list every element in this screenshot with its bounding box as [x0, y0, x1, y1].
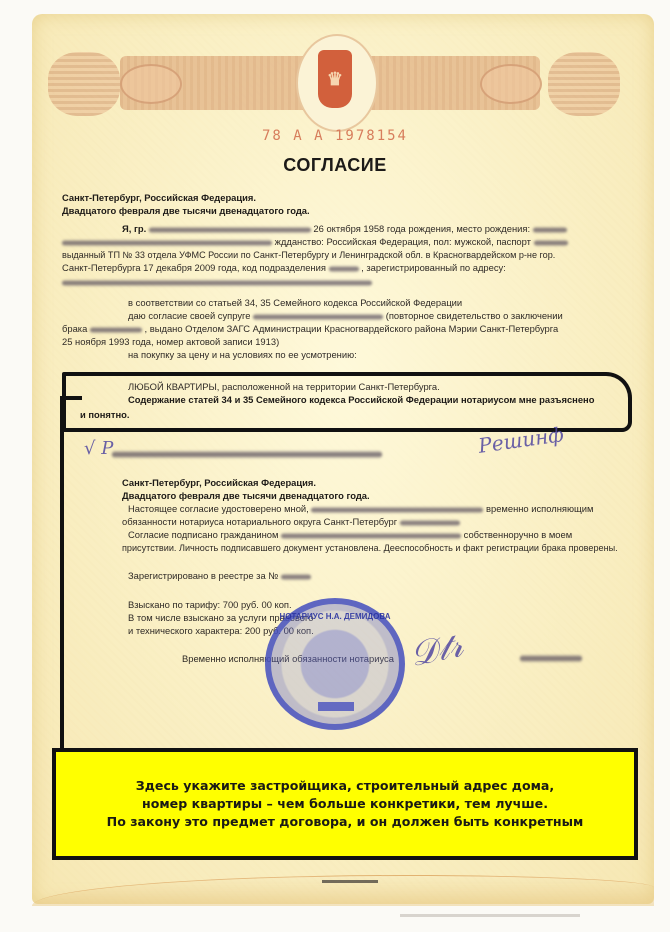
body-line-6-a: даю согласие своей супруге: [128, 310, 250, 321]
body-line-3: выданный ТП № 33 отдела УФМС России по С…: [62, 249, 555, 261]
callout-connector-elbow: [60, 396, 82, 400]
body-line-1-mid: 26 октября 1958 года рождения, место рож…: [313, 223, 530, 234]
body-line-6: даю согласие своей супруге (повторное св…: [128, 310, 563, 322]
callout-line-2: номер квартиры – чем больше конкретики, …: [142, 795, 548, 813]
body-line-7-b: , выдано Отделом ЗАГС Администрации Крас…: [145, 323, 559, 334]
body-line-4: Санкт-Петербурга 17 декабря 2009 года, к…: [62, 262, 506, 274]
body-line-4-b: , зарегистрированный по адресу:: [361, 262, 506, 273]
redacted-certificate: [90, 327, 142, 333]
highlight-line-2: Содержание статей 34 и 35 Семейного коде…: [128, 394, 594, 406]
redacted-birthplace-2: [62, 240, 272, 246]
body-line-2: ждданство: Российская Федерация, пол: му…: [62, 236, 568, 248]
footer-faint-imprint: [400, 914, 580, 917]
redacted-notary: [400, 520, 460, 526]
body-line-1: Я, гр. 26 октября 1958 года рождения, ме…: [122, 223, 567, 235]
cert-line-1-b: временно исполняющим: [486, 503, 593, 514]
cert-line-3-a: Согласие подписано гражданином: [128, 529, 278, 540]
cert-line-1-a: Настоящее согласие удостоверено мной,: [128, 503, 309, 514]
page-title: СОГЛАСИЕ: [0, 155, 670, 176]
redacted-address: [62, 280, 372, 286]
body-line-5: в соответствии со статьей 34, 35 Семейно…: [128, 297, 462, 309]
redacted-passport: [534, 240, 568, 246]
cert-date: Двадцатого февраля две тысячи двенадцато…: [122, 490, 370, 502]
body-line-2-text: ждданство: Российская Федерация, пол: му…: [275, 236, 531, 247]
handwritten-initial: √ Р: [84, 438, 113, 459]
cert-line-3-b: собственноручно в моем: [464, 529, 573, 540]
registry-line: Зарегистрировано в реестре за №: [128, 570, 311, 582]
cert-place: Санкт-Петербург, Российская Федерация.: [122, 477, 316, 489]
cert-line-2: обязанности нотариуса нотариального окру…: [122, 516, 460, 528]
body-line-7: брака , выдано Отделом ЗАГС Администраци…: [62, 323, 558, 335]
body-line-4-a: Санкт-Петербурга 17 декабря 2009 года, к…: [62, 262, 326, 273]
highlight-line-1: ЛЮБОЙ КВАРТИРЫ, расположенной на террито…: [128, 381, 440, 393]
callout-note: Здесь укажите застройщика, строительный …: [52, 748, 638, 860]
body-line-address: [62, 276, 372, 288]
callout-connector-line: [60, 396, 64, 748]
redacted-name: [149, 227, 311, 233]
body-line-9: на покупку за цену и на условиях по ее у…: [128, 349, 357, 361]
redacted-registry-number: [281, 574, 311, 580]
callout-line-1: Здесь укажите застройщика, строительный …: [136, 777, 554, 795]
footer-print-mark: [322, 880, 378, 883]
ornament-eye-right: [480, 64, 542, 104]
cert-line-3: Согласие подписано гражданином собственн…: [128, 529, 572, 541]
cert-line-4: присутствии. Личность подписавшего докум…: [122, 542, 618, 554]
redacted-birthplace: [533, 227, 567, 233]
serial-number: 78 А А 1978154: [0, 128, 670, 144]
redacted-spouse: [253, 314, 383, 320]
cert-line-2-text: обязанности нотариуса нотариального окру…: [122, 516, 397, 527]
ornament-rosette-left: [48, 52, 120, 116]
header-place: Санкт-Петербург, Российская Федерация.: [62, 192, 256, 204]
redacted-handwritten-name: [112, 451, 382, 458]
body-line-6-b: (повторное свидетельство о заключении: [386, 310, 563, 321]
body-line-8: 25 ноября 1993 года, номер актовой запис…: [62, 336, 279, 348]
body-line-7-a: брака: [62, 323, 87, 334]
fee-line-1: Взыскано по тарифу: 700 руб. 00 коп.: [128, 599, 292, 611]
redacted-notary-name: [311, 507, 483, 513]
stamp-label-bar: [318, 702, 354, 711]
cert-line-1: Настоящее согласие удостоверено мной, вр…: [128, 503, 593, 515]
highlight-line-3: и понятно.: [80, 409, 129, 421]
ornament-rosette-right: [548, 52, 620, 116]
ornament-eye-left: [120, 64, 182, 104]
registry-label: Зарегистрировано в реестре за №: [128, 570, 278, 581]
body-line-1-prefix: Я, гр.: [122, 223, 146, 234]
header-date: Двадцатого февраля две тысячи двенадцато…: [62, 205, 310, 217]
coat-of-arms-icon: ♛: [318, 50, 352, 108]
callout-line-3: По закону это предмет договора, и он дол…: [107, 813, 584, 831]
redacted-code: [329, 266, 359, 272]
redacted-citizen: [281, 533, 461, 539]
redacted-notary-signature-name: [520, 655, 582, 662]
stamp-text: НОТАРИУС Н.А. ДЕМИДОВА: [280, 612, 391, 621]
